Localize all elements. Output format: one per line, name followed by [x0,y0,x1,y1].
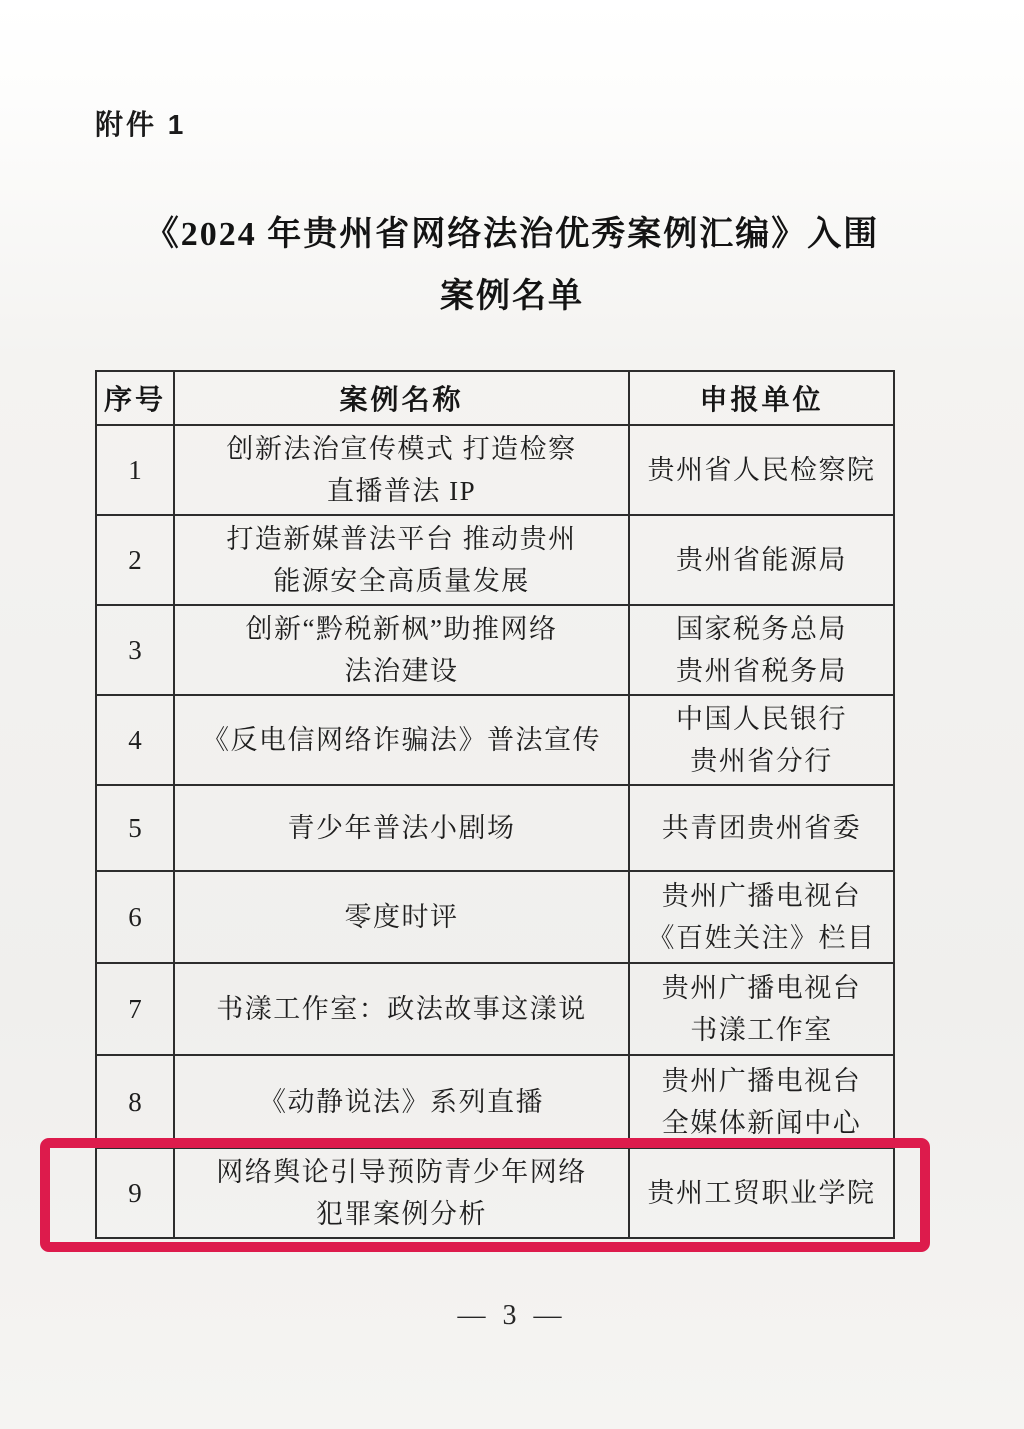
document-title-line2: 案例名单 [0,266,1024,328]
table-row: 8 《动静说法》系列直播 贵州广播电视台 全媒体新闻中心 [96,1055,894,1148]
document-title-line1: 《2024 年贵州省网络法治优秀案例汇编》入围 [0,204,1024,266]
page-number: — 3 — [0,1300,1024,1332]
table-row: 6 零度时评 贵州广播电视台 《百姓关注》栏目 [96,871,894,963]
row-number-cell: 7 [96,963,174,1055]
unit-cell: 共青团贵州省委 [629,785,894,871]
table-row: 2 打造新媒普法平台 推动贵州 能源安全高质量发展 贵州省能源局 [96,515,894,605]
unit-cell: 贵州工贸职业学院 [629,1148,894,1238]
case-name-cell: 打造新媒普法平台 推动贵州 能源安全高质量发展 [174,515,629,605]
case-name-cell: 《动静说法》系列直播 [174,1055,629,1148]
row-number-cell: 9 [96,1148,174,1238]
table-row: 3 创新“黔税新枫”助推网络 法治建设 国家税务总局 贵州省税务局 [96,605,894,695]
attachment-label: 附件 1 [95,103,186,143]
row-number-cell: 8 [96,1055,174,1148]
case-name-cell: 创新“黔税新枫”助推网络 法治建设 [174,605,629,695]
table-row: 5 青少年普法小剧场 共青团贵州省委 [96,785,894,871]
table-row: 1 创新法治宣传模式 打造检察 直播普法 IP 贵州省人民检察院 [96,425,894,515]
unit-cell: 贵州广播电视台 《百姓关注》栏目 [629,871,894,963]
case-name-cell: 网络舆论引导预防青少年网络 犯罪案例分析 [174,1148,629,1238]
unit-cell: 贵州广播电视台 书漾工作室 [629,963,894,1055]
unit-cell: 中国人民银行 贵州省分行 [629,695,894,785]
table-row: 7 书漾工作室：政法故事这漾说 贵州广播电视台 书漾工作室 [96,963,894,1055]
unit-cell: 贵州省人民检察院 [629,425,894,515]
unit-cell: 贵州省能源局 [629,515,894,605]
row-number-cell: 6 [96,871,174,963]
case-name-cell: 创新法治宣传模式 打造检察 直播普法 IP [174,425,629,515]
case-name-cell: 零度时评 [174,871,629,963]
document-title: 《2024 年贵州省网络法治优秀案例汇编》入围 案例名单 [0,204,1024,328]
header-cell-number: 序号 [96,371,174,425]
row-number-cell: 3 [96,605,174,695]
row-number-cell: 4 [96,695,174,785]
row-number-cell: 2 [96,515,174,605]
table-row-highlighted: 9 网络舆论引导预防青少年网络 犯罪案例分析 贵州工贸职业学院 [96,1148,894,1238]
case-list-table: 序号 案例名称 申报单位 1 创新法治宣传模式 打造检察 直播普法 IP 贵州省… [95,370,895,1239]
unit-cell: 国家税务总局 贵州省税务局 [629,605,894,695]
case-name-cell: 书漾工作室：政法故事这漾说 [174,963,629,1055]
case-name-cell: 《反电信网络诈骗法》普法宣传 [174,695,629,785]
table-header-row: 序号 案例名称 申报单位 [96,371,894,425]
row-number-cell: 1 [96,425,174,515]
unit-cell: 贵州广播电视台 全媒体新闻中心 [629,1055,894,1148]
header-cell-case-name: 案例名称 [174,371,629,425]
case-name-cell: 青少年普法小剧场 [174,785,629,871]
row-number-cell: 5 [96,785,174,871]
header-cell-unit: 申报单位 [629,371,894,425]
table-row: 4 《反电信网络诈骗法》普法宣传 中国人民银行 贵州省分行 [96,695,894,785]
